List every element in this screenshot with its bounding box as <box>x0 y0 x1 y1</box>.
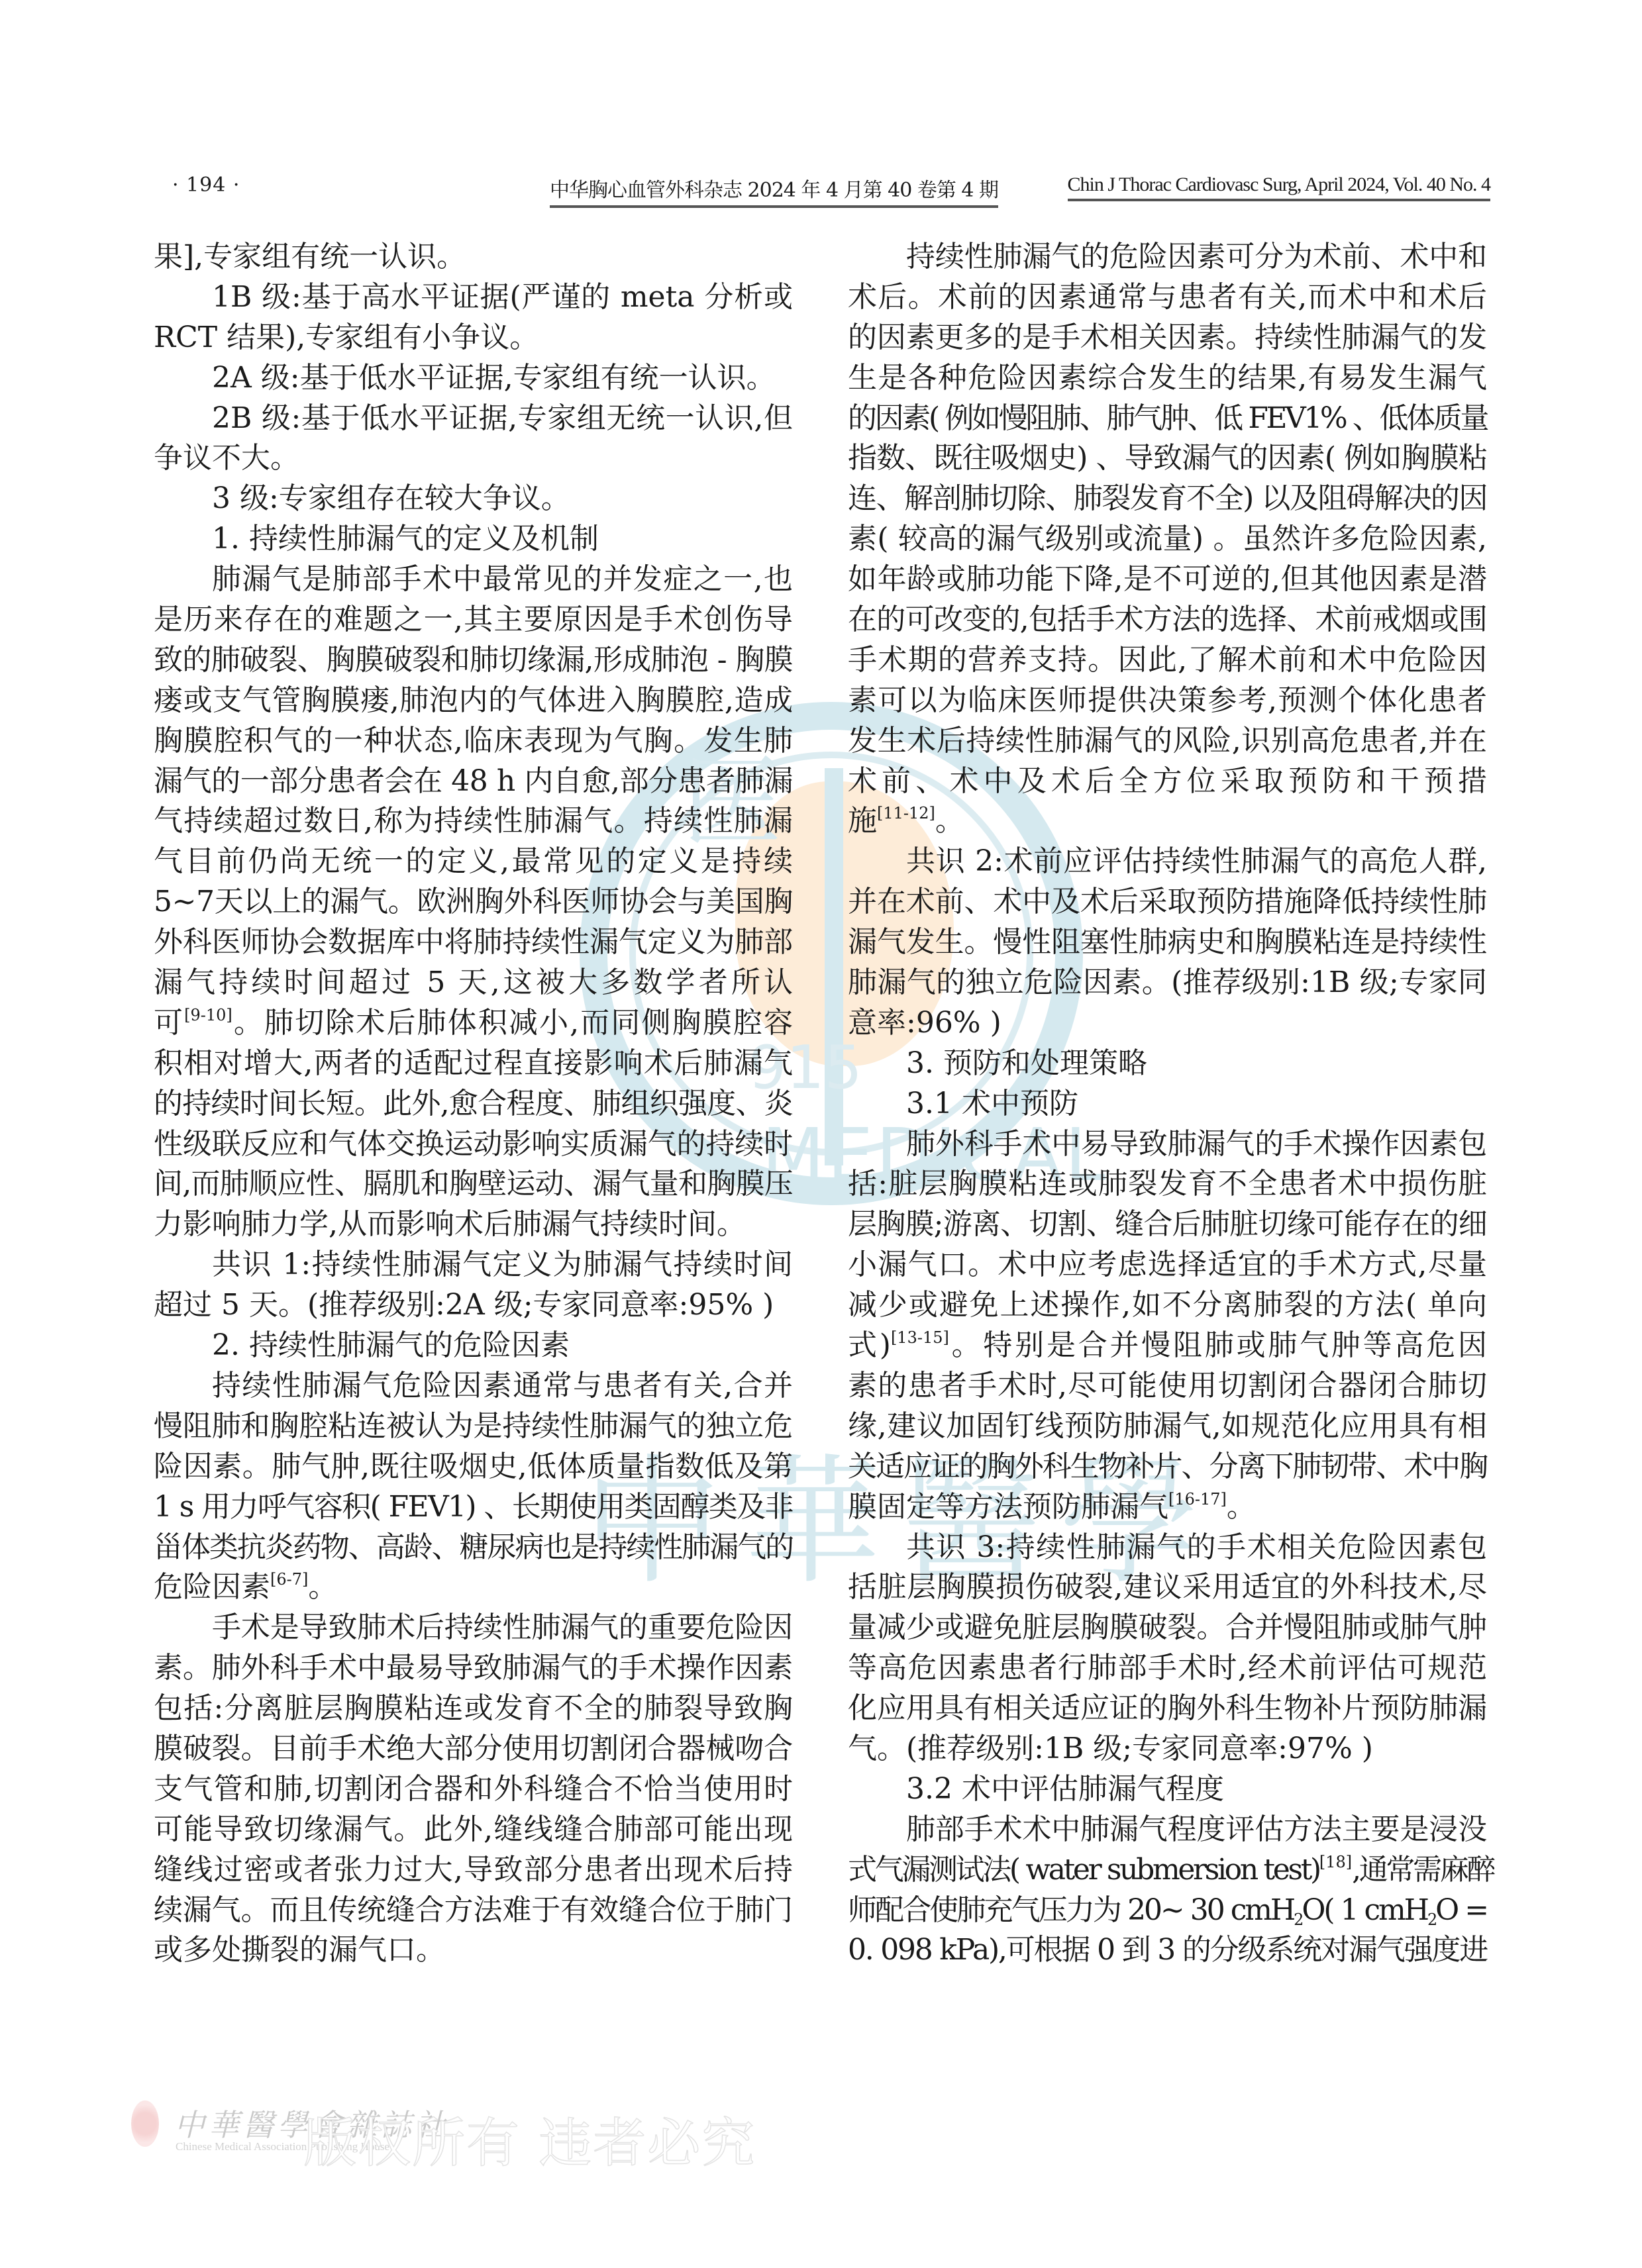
line-text: 致的肺破裂、胸膜破裂和肺切缘漏,形成肺泡 - 胸膜 <box>154 643 793 677</box>
line-text: 1 s 用力呼气容积( FEV1) 、长期使用类固醇类及非 <box>154 1490 793 1524</box>
citation-ref[interactable]: [13-15] <box>891 1328 949 1347</box>
text-line: 的因素更多的是手术相关因素。持续性肺漏气的发 <box>848 318 1487 358</box>
line-text: 连、解剖肺切除、肺裂发育不全) 以及阻碍解决的因 <box>848 481 1487 515</box>
line-text: 可能导致切缘漏气。此外,缝线缝合肺部可能出现 <box>154 1812 793 1846</box>
text-line: 术后。术前的因素通常与患者有关,而术中和术后 <box>848 277 1487 318</box>
text-line: 0. 098 kPa),可根据 0 到 3 的分级系统对漏气强度进 <box>848 1930 1487 1971</box>
text-line: 胸膜腔积气的一种状态,临床表现为气胸。发生肺 <box>154 721 793 762</box>
text-line: 式气漏测试法( water submersion test)[18],通常需麻醉 <box>848 1850 1487 1891</box>
text-line: 共识 1:持续性肺漏气定义为肺漏气持续时间 <box>154 1245 793 1285</box>
text-line: 素( 较高的漏气级别或流量) 。虽然许多危险因素, <box>848 519 1487 560</box>
text-line: 连、解剖肺切除、肺裂发育不全) 以及阻碍解决的因 <box>848 479 1487 519</box>
section-heading: 3. 预防和处理策略 <box>848 1044 1487 1084</box>
text-line: 共识 2:术前应评估持续性肺漏气的高危人群, <box>848 842 1487 882</box>
copyright-notice: 版权所有 违者必究 <box>303 2100 756 2177</box>
line-text: 师配合使肺充气压力为 20~ 30 cmH <box>848 1893 1294 1927</box>
text-line: 支气管和肺,切割闭合器和外科缝合不恰当使用时 <box>154 1769 793 1810</box>
text-line: 续漏气。而且传统缝合方法难于有效缝合位于肺门 <box>154 1891 793 1931</box>
line-text-cont: 。肺切除术后肺体积减小,而同侧胸膜腔容 <box>232 1006 793 1040</box>
line-text: 缝线过密或者张力过大,导致部分患者出现术后持 <box>154 1853 793 1887</box>
line-text: 慢阻肺和胸腔粘连被认为是持续性肺漏气的独立危 <box>154 1409 793 1443</box>
text-line: 生是各种危险因素综合发生的结果,有易发生漏气 <box>848 358 1487 399</box>
line-text: 缘,建议加固钉线预防肺漏气,如规范化应用具有相 <box>848 1409 1487 1443</box>
text-line: 果],专家组有统一认识。 <box>154 237 793 277</box>
watermark-caduceus-icon <box>825 768 843 1165</box>
text-line: 意率:96% ) <box>848 1003 1487 1044</box>
line-text: 如年龄或肺功能下降,是不可逆的,但其他因素是潜 <box>848 562 1487 596</box>
line-text: RCT 结果),专家组有小争议。 <box>154 320 539 354</box>
line-text: 等高危因素患者行肺部手术时,经术前评估可规范 <box>848 1651 1487 1685</box>
text-line: 积相对增大,两者的适配过程直接影响术后肺漏气 <box>154 1044 793 1084</box>
text-line: 1 s 用力呼气容积( FEV1) 、长期使用类固醇类及非 <box>154 1487 793 1528</box>
text-line: 的持续时间长短。此外,愈合程度、肺组织强度、炎 <box>154 1084 793 1124</box>
line-text-cont: 。 <box>935 804 964 838</box>
text-line: 力影响肺力学,从而影响术后肺漏气持续时间。 <box>154 1205 793 1245</box>
text-line: 小漏气口。术中应考虑选择适宜的手术方式,尽量 <box>848 1245 1487 1285</box>
text-line: 漏气的一部分患者会在 48 h 内自愈,部分患者肺漏 <box>154 762 793 802</box>
journal-title-cn: 中华胸心血管外科杂志 2024 年 4 月第 40 卷第 4 期 <box>550 173 998 208</box>
text-line: RCT 结果),专家组有小争议。 <box>154 318 793 358</box>
text-line: 在的可改变的,包括手术方法的选择、术前戒烟或围 <box>848 600 1487 640</box>
subscript: 2 <box>1294 1910 1302 1929</box>
text-line: 漏气发生。慢性阻塞性肺病史和胸膜粘连是持续性 <box>848 922 1487 963</box>
line-text: 5~7天以上的漏气。欧洲胸外科医师协会与美国胸 <box>154 885 793 918</box>
line-text: 手术期的营养支持。因此,了解术前和术中危险因 <box>848 643 1487 677</box>
text-line: 量减少或避免脏层胸膜破裂。合并慢阻肺或肺气肿 <box>848 1608 1487 1648</box>
line-text: 手术是导致肺术后持续性肺漏气的重要危险因 <box>212 1610 793 1644</box>
line-text: 的持续时间长短。此外,愈合程度、肺组织强度、炎 <box>154 1087 793 1120</box>
text-line: 甾体类抗炎药物、高龄、糖尿病也是持续性肺漏气的 <box>154 1528 793 1568</box>
line-text: 果],专家组有统一认识。 <box>154 240 466 273</box>
page-number: · 194 · <box>172 173 240 197</box>
text-line: 术前、术中及术后全方位采取预防和干预措 <box>848 762 1487 802</box>
line-text: 式气漏测试法( water submersion test) <box>848 1853 1319 1887</box>
line-text: 可 <box>154 1006 184 1040</box>
line-text: 2. 持续性肺漏气的危险因素 <box>212 1328 570 1362</box>
line-text: 素可以为临床医师提供决策参考,预测个体化患者 <box>848 683 1487 717</box>
line-text-cont: 。特别是合并慢阻肺或肺气肿等高危因 <box>949 1328 1487 1362</box>
citation-ref[interactable]: [16-17] <box>1168 1490 1227 1508</box>
text-line: 等高危因素患者行肺部手术时,经术前评估可规范 <box>848 1648 1487 1689</box>
line-text: 的因素( 例如慢阻肺、肺气肿、低 FEV1% 、低体质量 <box>848 401 1487 435</box>
text-line: 争议不大。 <box>154 438 793 479</box>
line-text: 量减少或避免脏层胸膜破裂。合并慢阻肺或肺气肿 <box>848 1610 1487 1644</box>
text-line: 指数、既往吸烟史) 、导致漏气的因素( 例如胸膜粘 <box>848 438 1487 479</box>
line-text: 争议不大。 <box>154 441 299 475</box>
text-line: 如年龄或肺功能下降,是不可逆的,但其他因素是潜 <box>848 560 1487 600</box>
text-line: 5~7天以上的漏气。欧洲胸外科医师协会与美国胸 <box>154 882 793 922</box>
text-line: 减少或避免上述操作,如不分离肺裂的方法( 单向 <box>848 1285 1487 1326</box>
text-line: 肺漏气是肺部手术中最常见的并发症之一,也 <box>154 560 793 600</box>
line-text: 括:脏层胸膜粘连或肺裂发育不全患者术中损伤脏 <box>848 1167 1487 1201</box>
text-line: 气目前仍尚无统一的定义,最常见的定义是持续 <box>154 842 793 882</box>
line-text: 甾体类抗炎药物、高龄、糖尿病也是持续性肺漏气的 <box>154 1530 793 1564</box>
text-line: 缝线过密或者张力过大,导致部分患者出现术后持 <box>154 1850 793 1891</box>
line-text: 是历来存在的难题之一,其主要原因是手术创伤导 <box>154 603 793 636</box>
line-text: 并在术前、术中及术后采取预防措施降低持续性肺 <box>848 885 1487 918</box>
line-text: 3.2 术中评估肺漏气程度 <box>906 1772 1224 1806</box>
line-text-cont: O( 1 cmH <box>1302 1893 1427 1927</box>
line-text: 在的可改变的,包括手术方法的选择、术前戒烟或围 <box>848 603 1487 636</box>
line-text: 生是各种危险因素综合发生的结果,有易发生漏气 <box>848 361 1487 395</box>
line-text: 意率:96% ) <box>848 1006 1001 1040</box>
line-text-cont: 。 <box>308 1570 337 1604</box>
line-text: 发生术后持续性肺漏气的风险,识别高危患者,并在 <box>848 724 1487 758</box>
text-line: 肺外科手术中易导致肺漏气的手术操作因素包 <box>848 1124 1487 1165</box>
text-line: 手术是导致肺术后持续性肺漏气的重要危险因 <box>154 1608 793 1648</box>
text-line: 是历来存在的难题之一,其主要原因是手术创伤导 <box>154 600 793 640</box>
line-text: 术后。术前的因素通常与患者有关,而术中和术后 <box>848 280 1487 314</box>
text-line: 致的肺破裂、胸膜破裂和肺切缘漏,形成肺泡 - 胸膜 <box>154 640 793 681</box>
text-line: 3 级:专家组存在较大争议。 <box>154 479 793 519</box>
line-text: 危险因素 <box>154 1570 270 1604</box>
text-line: 1B 级:基于高水平证据(严谨的 meta 分析或 <box>154 277 793 318</box>
line-text: 层胸膜;游离、切割、缝合后肺脏切缘可能存在的细 <box>848 1207 1487 1241</box>
line-text: 式) <box>848 1328 891 1362</box>
text-line: 或多处撕裂的漏气口。 <box>154 1930 793 1971</box>
line-text: 肺部手术术中肺漏气程度评估方法主要是浸没 <box>906 1812 1487 1846</box>
text-line: 式)[13-15]。特别是合并慢阻肺或肺气肿等高危因 <box>848 1326 1487 1366</box>
text-line: 肺部手术术中肺漏气程度评估方法主要是浸没 <box>848 1810 1487 1850</box>
section-heading: 2. 持续性肺漏气的危险因素 <box>154 1326 793 1366</box>
text-line: 括脏层胸膜损伤破裂,建议采用适宜的外科技术,尽 <box>848 1567 1487 1608</box>
line-text-cont: 。 <box>1227 1490 1256 1524</box>
line-text: 括脏层胸膜损伤破裂,建议采用适宜的外科技术,尽 <box>848 1570 1487 1604</box>
text-line: 并在术前、术中及术后采取预防措施降低持续性肺 <box>848 882 1487 922</box>
left-column: 果],专家组有统一认识。1B 级:基于高水平证据(严谨的 meta 分析或RCT… <box>154 237 793 1971</box>
text-line: 性级联反应和气体交换运动影响实质漏气的持续时 <box>154 1124 793 1165</box>
text-line: 外科医师协会数据库中将肺持续性漏气定义为肺部 <box>154 922 793 963</box>
line-text: 减少或避免上述操作,如不分离肺裂的方法( 单向 <box>848 1288 1487 1322</box>
subscript: 2 <box>1427 1910 1435 1929</box>
text-line: 间,而肺顺应性、膈肌和胸壁运动、漏气量和胸膜压 <box>154 1164 793 1205</box>
line-text-cont: O = <box>1435 1893 1487 1927</box>
text-line: 素。肺外科手术中最易导致肺漏气的手术操作因素 <box>154 1648 793 1689</box>
publisher-logo-icon <box>131 2100 159 2147</box>
line-text: 险因素。肺气肿,既往吸烟史,低体质量指数低及第 <box>154 1450 793 1483</box>
text-line: 括:脏层胸膜粘连或肺裂发育不全患者术中损伤脏 <box>848 1164 1487 1205</box>
text-line: 素的患者手术时,尽可能使用切割闭合器闭合肺切 <box>848 1366 1487 1406</box>
text-line: 层胸膜;游离、切割、缝合后肺脏切缘可能存在的细 <box>848 1205 1487 1245</box>
line-text: 肺漏气是肺部手术中最常见的并发症之一,也 <box>212 562 793 596</box>
text-line: 危险因素[6-7]。 <box>154 1567 793 1608</box>
line-text: 1. 持续性肺漏气的定义及机制 <box>212 522 599 556</box>
text-line: 气持续超过数日,称为持续性肺漏气。持续性肺漏 <box>154 801 793 842</box>
line-text: 超过 5 天。(推荐级别:2A 级;专家同意率:95% ) <box>154 1288 774 1322</box>
line-text: 外科医师协会数据库中将肺持续性漏气定义为肺部 <box>154 925 793 959</box>
line-text: 施 <box>848 804 877 838</box>
section-heading: 1. 持续性肺漏气的定义及机制 <box>154 519 793 560</box>
line-text: 术前、术中及术后全方位采取预防和干预措 <box>848 764 1487 798</box>
text-line: 师配合使肺充气压力为 20~ 30 cmH2O( 1 cmH2O = <box>848 1891 1487 1931</box>
line-text: 共识 1:持续性肺漏气定义为肺漏气持续时间 <box>212 1248 793 1281</box>
text-line: 持续性肺漏气的危险因素可分为术前、术中和 <box>848 237 1487 277</box>
line-text: 或多处撕裂的漏气口。 <box>154 1933 445 1967</box>
line-text: 共识 2:术前应评估持续性肺漏气的高危人群, <box>906 844 1487 878</box>
line-text: 漏气发生。慢性阻塞性肺病史和胸膜粘连是持续性 <box>848 925 1487 959</box>
line-text: 力影响肺力学,从而影响术后肺漏气持续时间。 <box>154 1207 746 1241</box>
text-line: 险因素。肺气肿,既往吸烟史,低体质量指数低及第 <box>154 1447 793 1487</box>
text-line: 素可以为临床医师提供决策参考,预测个体化患者 <box>848 681 1487 721</box>
section-heading: 3.1 术中预防 <box>848 1084 1487 1124</box>
text-line: 2B 级:基于低水平证据,专家组无统一认识,但 <box>154 399 793 439</box>
line-text: 间,而肺顺应性、膈肌和胸壁运动、漏气量和胸膜压 <box>154 1167 793 1201</box>
line-text: 3 级:专家组存在较大争议。 <box>212 481 570 515</box>
citation-ref[interactable]: [11-12] <box>877 804 935 822</box>
line-text: 2A 级:基于低水平证据,专家组有统一认识。 <box>212 361 776 395</box>
line-text: 3. 预防和处理策略 <box>906 1046 1147 1080</box>
line-text: 支气管和肺,切割闭合器和外科缝合不恰当使用时 <box>154 1772 793 1806</box>
journal-title-en: Chin J Thorac Cardiovasc Surg, April 202… <box>1068 173 1490 201</box>
text-line: 缘,建议加固钉线预防肺漏气,如规范化应用具有相 <box>848 1406 1487 1447</box>
line-text: 气。(推荐级别:1B 级;专家同意率:97% ) <box>848 1732 1373 1765</box>
line-text: 素。肺外科手术中最易导致肺漏气的手术操作因素 <box>154 1651 793 1685</box>
text-line: 可[9-10]。肺切除术后肺体积减小,而同侧胸膜腔容 <box>154 1003 793 1044</box>
text-line: 关适应证的胸外科生物补片、分离下肺韧带、术中胸 <box>848 1447 1487 1487</box>
line-text: 3.1 术中预防 <box>906 1087 1078 1120</box>
text-line: 发生术后持续性肺漏气的风险,识别高危患者,并在 <box>848 721 1487 762</box>
line-text: 指数、既往吸烟史) 、导致漏气的因素( 例如胸膜粘 <box>848 441 1487 475</box>
line-text: 2B 级:基于低水平证据,专家组无统一认识,但 <box>212 401 793 435</box>
line-text: 气持续超过数日,称为持续性肺漏气。持续性肺漏 <box>154 804 793 838</box>
text-line: 可能导致切缘漏气。此外,缝线缝合肺部可能出现 <box>154 1810 793 1850</box>
text-line: 包括:分离脏层胸膜粘连或发育不全的肺裂导致胸 <box>154 1689 793 1729</box>
line-text: 肺外科手术中易导致肺漏气的手术操作因素包 <box>906 1127 1487 1161</box>
text-line: 2A 级:基于低水平证据,专家组有统一认识。 <box>154 358 793 399</box>
text-line: 肺漏气的独立危险因素。(推荐级别:1B 级;专家同 <box>848 963 1487 1003</box>
line-text: 持续性肺漏气的危险因素可分为术前、术中和 <box>906 240 1487 273</box>
line-text: 1B 级:基于高水平证据(严谨的 meta 分析或 <box>212 280 793 314</box>
line-text-cont: ,通常需麻醉 <box>1352 1853 1494 1887</box>
line-text: 共识 3:持续性肺漏气的手术相关危险因素包 <box>906 1530 1487 1564</box>
line-text: 性级联反应和气体交换运动影响实质漏气的持续时 <box>154 1127 793 1161</box>
line-text: 积相对增大,两者的适配过程直接影响术后肺漏气 <box>154 1046 793 1080</box>
right-column: 持续性肺漏气的危险因素可分为术前、术中和术后。术前的因素通常与患者有关,而术中和… <box>848 237 1487 1971</box>
line-text: 化应用具有相关适应证的胸外科生物补片预防肺漏 <box>848 1691 1487 1725</box>
text-line: 漏气持续时间超过 5 天,这被大多数学者所认 <box>154 963 793 1003</box>
line-text: 0. 098 kPa),可根据 0 到 3 的分级系统对漏气强度进 <box>848 1933 1487 1967</box>
line-text: 包括:分离脏层胸膜粘连或发育不全的肺裂导致胸 <box>154 1691 793 1725</box>
line-text: 持续性肺漏气危险因素通常与患者有关,合并 <box>212 1369 793 1403</box>
line-text: 素的患者手术时,尽可能使用切割闭合器闭合肺切 <box>848 1369 1487 1403</box>
line-text: 胸膜腔积气的一种状态,临床表现为气胸。发生肺 <box>154 724 793 758</box>
text-line: 化应用具有相关适应证的胸外科生物补片预防肺漏 <box>848 1689 1487 1729</box>
line-text: 漏气的一部分患者会在 48 h 内自愈,部分患者肺漏 <box>154 764 793 798</box>
text-line: 持续性肺漏气危险因素通常与患者有关,合并 <box>154 1366 793 1406</box>
line-text: 瘘或支气管胸膜瘘,肺泡内的气体进入胸膜腔,造成 <box>154 683 793 717</box>
line-text: 膜固定等方法预防肺漏气 <box>848 1490 1168 1524</box>
line-text: 续漏气。而且传统缝合方法难于有效缝合位于肺门 <box>154 1893 793 1927</box>
text-line: 慢阻肺和胸腔粘连被认为是持续性肺漏气的独立危 <box>154 1406 793 1447</box>
text-line: 气。(推荐级别:1B 级;专家同意率:97% ) <box>848 1729 1487 1769</box>
line-text: 肺漏气的独立危险因素。(推荐级别:1B 级;专家同 <box>848 965 1487 999</box>
citation-ref[interactable]: [9-10] <box>184 1006 232 1024</box>
line-text: 气目前仍尚无统一的定义,最常见的定义是持续 <box>154 844 793 878</box>
text-line: 共识 3:持续性肺漏气的手术相关危险因素包 <box>848 1528 1487 1568</box>
citation-ref[interactable]: [18] <box>1319 1853 1352 1871</box>
text-line: 的因素( 例如慢阻肺、肺气肿、低 FEV1% 、低体质量 <box>848 399 1487 439</box>
running-header: · 194 · 中华胸心血管外科杂志 2024 年 4 月第 40 卷第 4 期… <box>152 173 1490 201</box>
text-line: 施[11-12]。 <box>848 801 1487 842</box>
text-line: 膜破裂。目前手术绝大部分使用切割闭合器械吻合 <box>154 1729 793 1769</box>
citation-ref[interactable]: [6-7] <box>270 1570 308 1589</box>
line-text: 小漏气口。术中应考虑选择适宜的手术方式,尽量 <box>848 1248 1487 1281</box>
line-text: 关适应证的胸外科生物补片、分离下肺韧带、术中胸 <box>848 1450 1487 1483</box>
line-text: 漏气持续时间超过 5 天,这被大多数学者所认 <box>154 965 793 999</box>
text-line: 瘘或支气管胸膜瘘,肺泡内的气体进入胸膜腔,造成 <box>154 681 793 721</box>
text-line: 膜固定等方法预防肺漏气[16-17]。 <box>848 1487 1487 1528</box>
line-text: 的因素更多的是手术相关因素。持续性肺漏气的发 <box>848 320 1487 354</box>
line-text: 素( 较高的漏气级别或流量) 。虽然许多危险因素, <box>848 522 1487 556</box>
section-heading: 3.2 术中评估肺漏气程度 <box>848 1769 1487 1810</box>
text-line: 手术期的营养支持。因此,了解术前和术中危险因 <box>848 640 1487 681</box>
text-line: 超过 5 天。(推荐级别:2A 级;专家同意率:95% ) <box>154 1285 793 1326</box>
line-text: 膜破裂。目前手术绝大部分使用切割闭合器械吻合 <box>154 1732 793 1765</box>
